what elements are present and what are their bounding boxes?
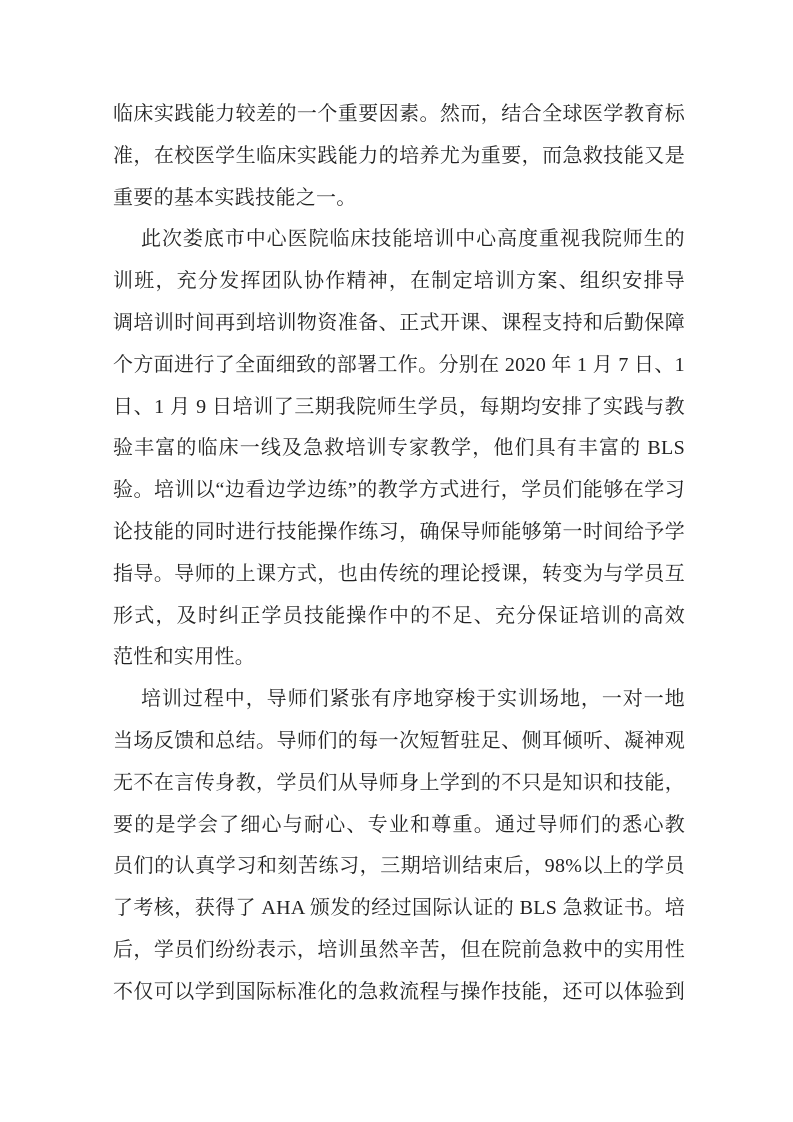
text-line: 此次娄底市中心医院临床技能培训中心高度重视我院师生的培 — [113, 219, 685, 261]
paragraph: 临床实践能力较差的一个重要因素。然而，结合全球医学教育标准，在校医学生临床实践能… — [113, 94, 685, 219]
text-line: 了考核，获得了 AHA 颁发的经过国际认证的 BLS 急救证书。培训结束 — [113, 888, 685, 930]
paragraph: 此次娄底市中心医院临床技能培训中心高度重视我院师生的培训班，充分发挥团队协作精神… — [113, 219, 685, 679]
text-line: 重要的基本实践技能之一。 — [113, 178, 685, 220]
text-line: 临床实践能力较差的一个重要因素。然而，结合全球医学教育标 — [113, 94, 685, 136]
text-line: 当场反馈和总结。导师们的每一次短暂驻足、侧耳倾听、凝神观察， — [113, 721, 685, 763]
text-line: 后，学员们纷纷表示，培训虽然辛苦，但在院前急救中的实用性很强， — [113, 930, 685, 972]
text-line: 个方面进行了全面细致的部署工作。分别在 2020 年 1 月 7 日、1 月 8 — [113, 345, 685, 387]
text-line: 验丰富的临床一线及急救培训专家教学，他们具有丰富的 BLS 培训经 — [113, 428, 685, 470]
document-page: 临床实践能力较差的一个重要因素。然而，结合全球医学教育标准，在校医学生临床实践能… — [0, 0, 793, 1122]
text-line: 范性和实用性。 — [113, 637, 685, 679]
text-line: 验。培训以“边看边学边练”的教学方式进行，学员们能够在学习理 — [113, 470, 685, 512]
text-line: 要的是学会了细心与耐心、专业和尊重。通过导师们的悉心教导，学 — [113, 805, 685, 847]
text-line: 培训过程中，导师们紧张有序地穿梭于实训场地，一对一地进行 — [113, 679, 685, 721]
text-line: 无不在言传身教，学员们从导师身上学到的不只是知识和技能，更重 — [113, 763, 685, 805]
text-line: 指导。导师的上课方式，也由传统的理论授课，转变为与学员互动的 — [113, 554, 685, 596]
paragraph: 培训过程中，导师们紧张有序地穿梭于实训场地，一对一地进行当场反馈和总结。导师们的… — [113, 679, 685, 1013]
text-line: 员们的认真学习和刻苦练习，三期培训结束后，98%以上的学员通过 — [113, 846, 685, 888]
text-line: 不仅可以学到国际标准化的急救流程与操作技能，还可以体验到国际 — [113, 972, 685, 1014]
document-body: 临床实践能力较差的一个重要因素。然而，结合全球医学教育标准，在校医学生临床实践能… — [113, 94, 685, 1014]
text-line: 日、1 月 9 日培训了三期我院师生学员，每期均安排了实践与教学经 — [113, 387, 685, 429]
text-line: 准，在校医学生临床实践能力的培养尤为重要，而急救技能又是 — [113, 136, 685, 178]
text-line: 训班，充分发挥团队协作精神，在制定培训方案、组织安排导师、协 — [113, 261, 685, 303]
text-line: 论技能的同时进行技能操作练习，确保导师能够第一时间给予学员们 — [113, 512, 685, 554]
text-line: 形式，及时纠正学员技能操作中的不足、充分保证培训的高效性、规 — [113, 596, 685, 638]
text-line: 调培训时间再到培训物资准备、正式开课、课程支持和后勤保障等各 — [113, 303, 685, 345]
document-canvas: { "page": { "width": 793, "height": 1122… — [0, 0, 793, 1122]
